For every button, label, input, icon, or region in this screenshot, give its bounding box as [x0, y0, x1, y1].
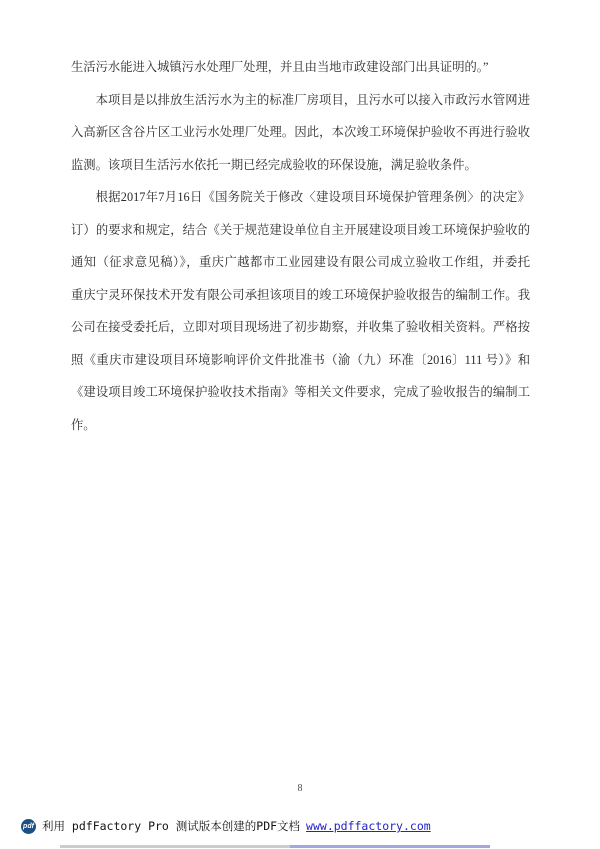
- text-line: 订）的要求和规定，结合《关于规范建设单位自主开展建设项目竣工环境保护验收的: [71, 214, 530, 247]
- bottom-edge-artifact-dark: [60, 845, 290, 848]
- pdffactory-watermark: pdf 利用 pdfFactory Pro 测试版本创建的PDF文档 www.p…: [21, 817, 431, 835]
- pdffactory-link[interactable]: www.pdffactory.com: [306, 819, 431, 833]
- text-line: 重庆宁灵环保技术开发有限公司承担该项目的竣工环境保护验收报告的编制工作。我: [71, 279, 530, 312]
- text-line: 本项目是以排放生活污水为主的标准厂房项目，且污水可以接入市政污水管网进: [71, 84, 530, 117]
- document-body: 生活污水能进入城镇污水处理厂处理，并且由当地市政建设部门出具证明的。”本项目是以…: [71, 51, 530, 441]
- pdffactory-logo-icon: pdf: [21, 819, 36, 834]
- text-line: 根据2017年7月16日《国务院关于修改〈建设项目环境保护管理条例〉的决定》修: [71, 181, 530, 214]
- watermark-text: 利用 pdfFactory Pro 测试版本创建的PDF文档: [42, 818, 300, 834]
- page-number: 8: [0, 783, 600, 794]
- bottom-edge-artifact-blue: [290, 845, 490, 848]
- text-line: 入高新区含谷片区工业污水处理厂处理。因此，本次竣工环境保护验收不再进行验收: [71, 116, 530, 149]
- pdf-page: 生活污水能进入城镇污水处理厂处理，并且由当地市政建设部门出具证明的。”本项目是以…: [0, 0, 600, 849]
- text-line: 生活污水能进入城镇污水处理厂处理，并且由当地市政建设部门出具证明的。”: [71, 51, 530, 84]
- text-line: 作。: [71, 409, 530, 442]
- text-line: 《建设项目竣工环境保护验收技术指南》等相关文件要求，完成了验收报告的编制工: [71, 376, 530, 409]
- text-line: 照《重庆市建设项目环境影响评价文件批准书（渝（九）环准〔2016〕111 号）》…: [71, 344, 530, 377]
- text-line: 公司在接受委托后，立即对项目现场进了初步勘察，并收集了验收相关资料。严格按: [71, 311, 530, 344]
- text-line: 通知（征求意见稿）》，重庆广越都市工业园建设有限公司成立验收工作组，并委托: [71, 246, 530, 279]
- text-line: 监测。该项目生活污水依托一期已经完成验收的环保设施，满足验收条件。: [71, 149, 530, 182]
